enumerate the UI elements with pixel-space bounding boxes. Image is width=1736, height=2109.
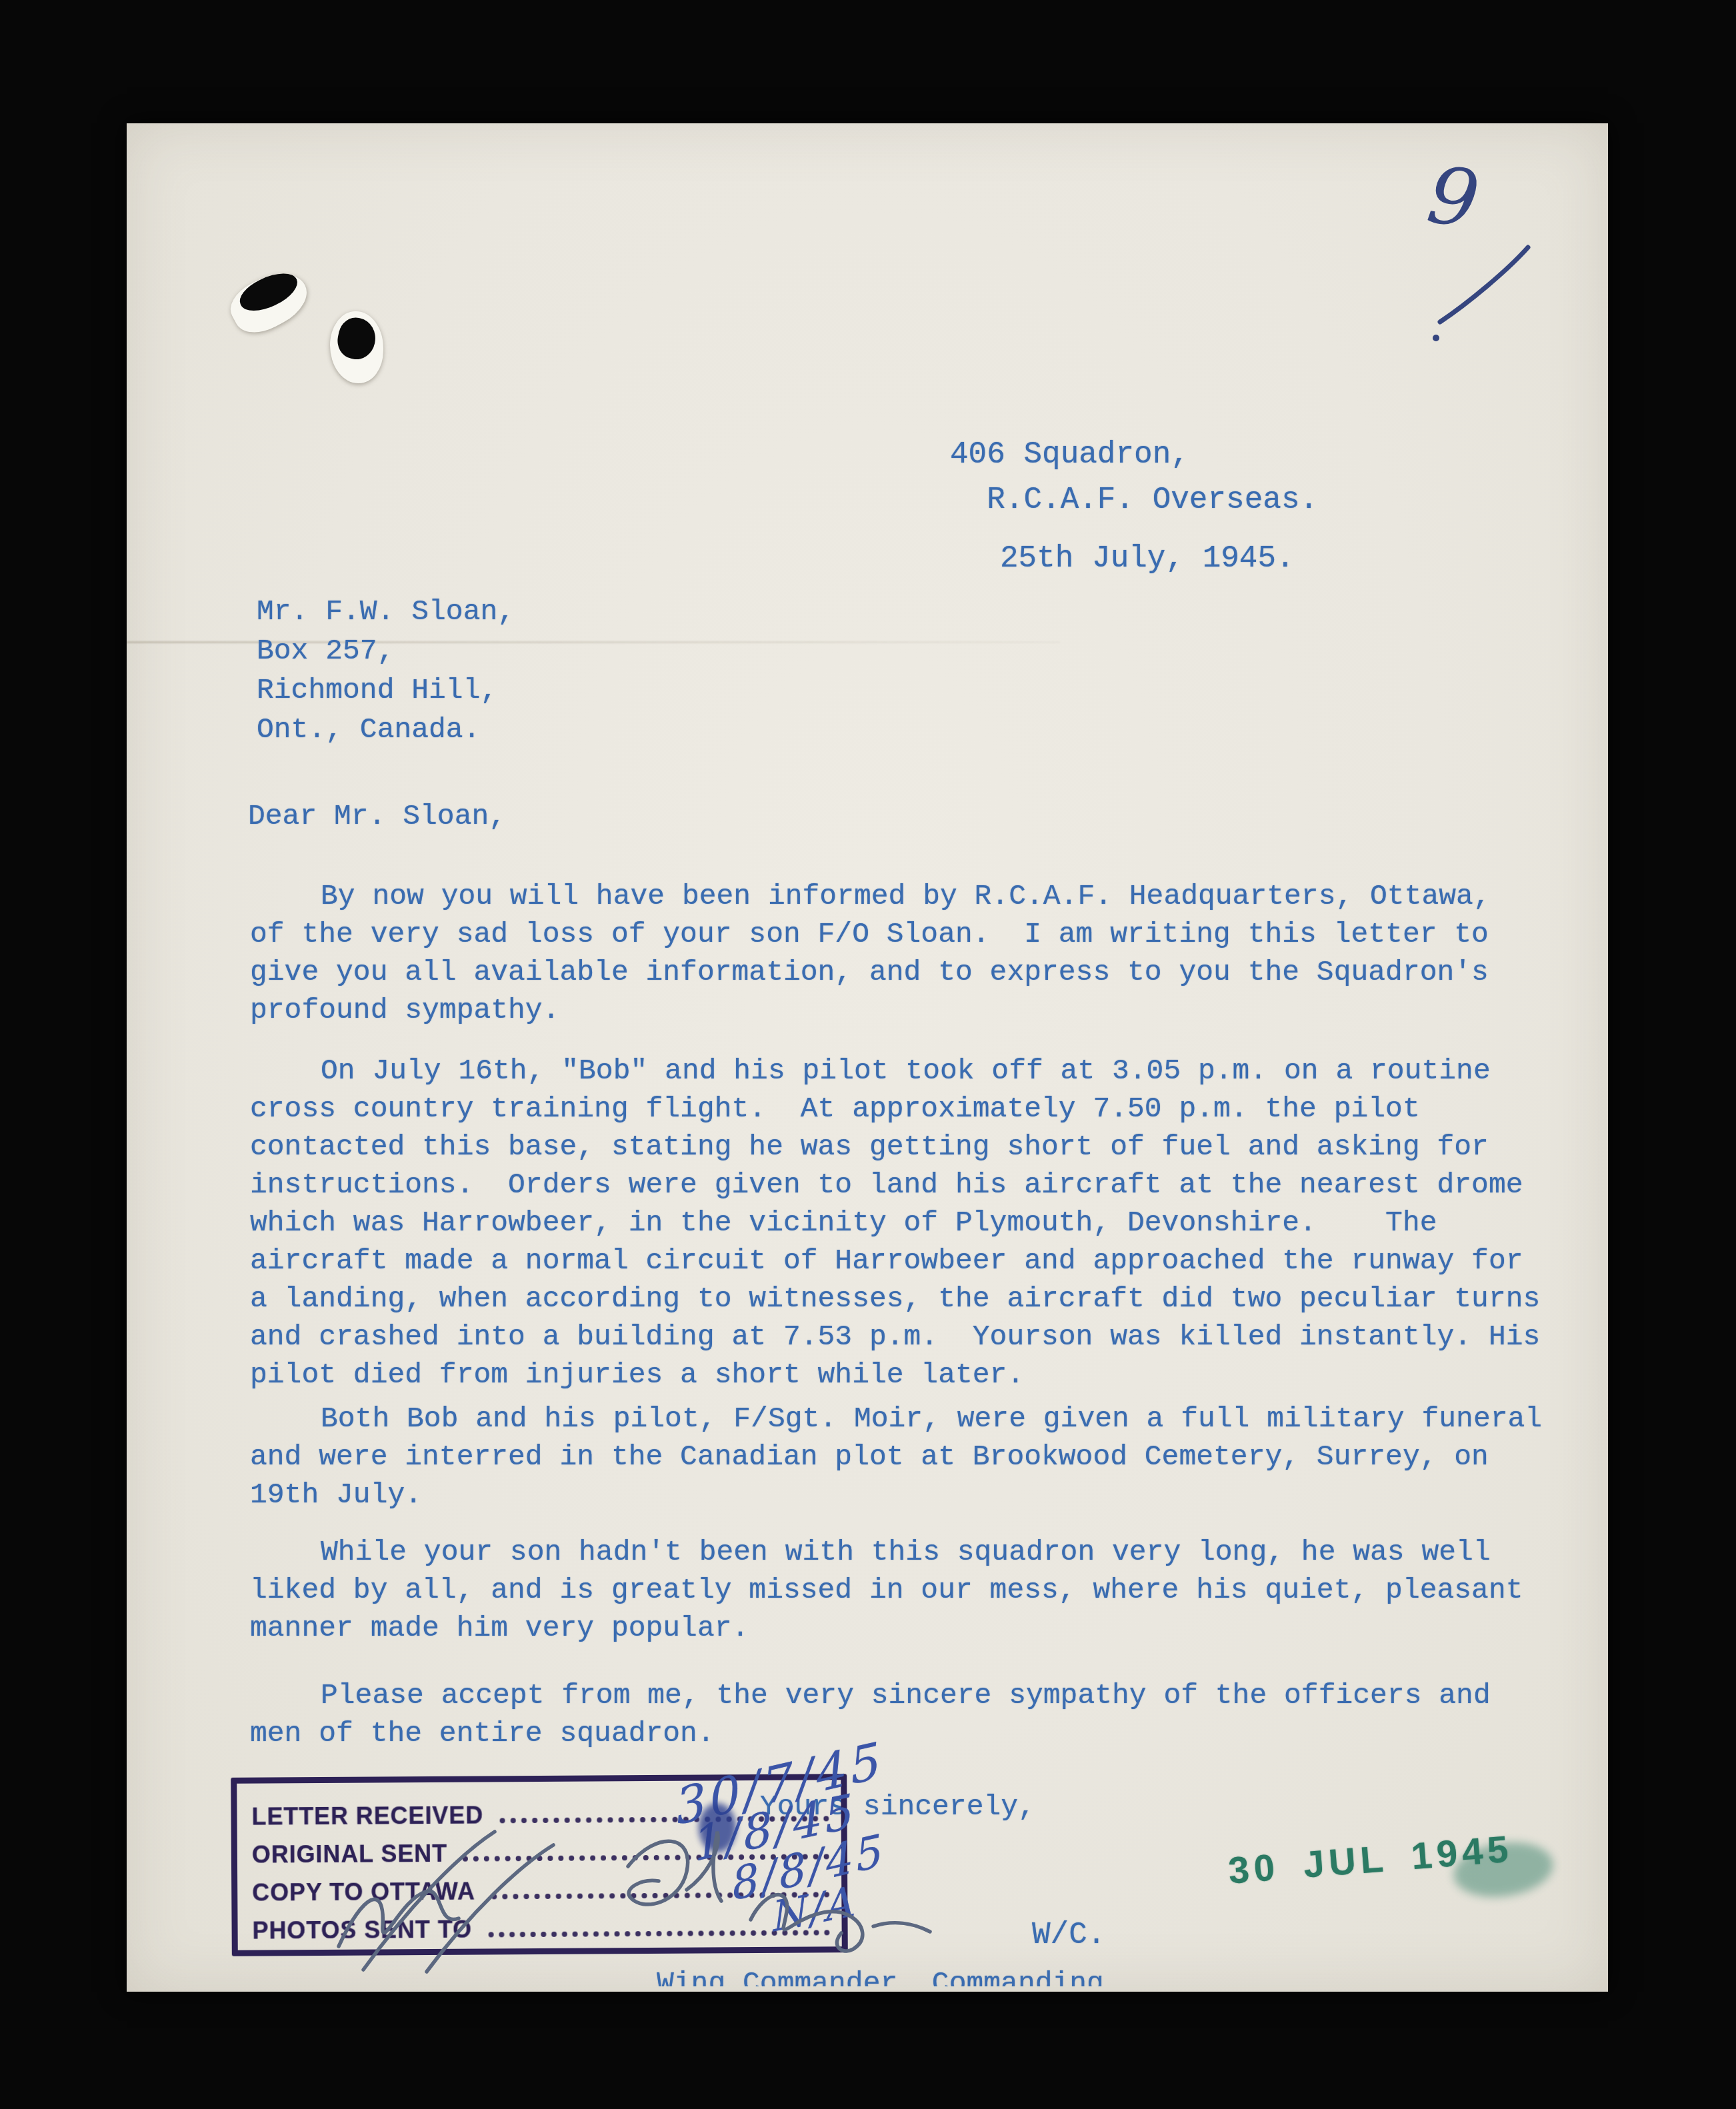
salutation: Dear Mr. Sloan, bbox=[248, 797, 506, 835]
signature bbox=[327, 1820, 993, 1980]
recipient-address: Mr. F.W. Sloan, Box 257, Richmond Hill, … bbox=[257, 592, 515, 749]
page-number-digit: 9 bbox=[1423, 155, 1579, 253]
letterhead-date: 25th July, 1945. bbox=[1000, 540, 1295, 578]
paragraph-5: Please accept from me, the very sincere … bbox=[250, 1676, 1577, 1752]
paragraph-2: On July 16th, "Bob" and his pilot took o… bbox=[250, 1052, 1577, 1394]
letterhead-unit: 406 Squadron, R.C.A.F. Overseas. bbox=[950, 432, 1318, 523]
page-number-flourish-icon bbox=[1428, 243, 1575, 343]
page-number-annotation: 9 bbox=[1428, 165, 1575, 347]
paragraph-1: By now you will have been informed by R.… bbox=[250, 877, 1577, 1029]
paragraph-4: While your son hadn't been with this squ… bbox=[250, 1533, 1577, 1647]
cutoff-line-wrapper: Wing Commander, Commanding bbox=[657, 1964, 1163, 1986]
rank-initials: W/C. bbox=[1032, 1916, 1105, 1954]
cutoff-signature-line: Wing Commander, Commanding bbox=[657, 1964, 1163, 1986]
paragraph-3: Both Bob and his pilot, F/Sgt. Moir, wer… bbox=[250, 1400, 1577, 1514]
letter-document: 9 406 Squadron, R.C.A.F. Overseas. 25th … bbox=[127, 123, 1608, 1992]
